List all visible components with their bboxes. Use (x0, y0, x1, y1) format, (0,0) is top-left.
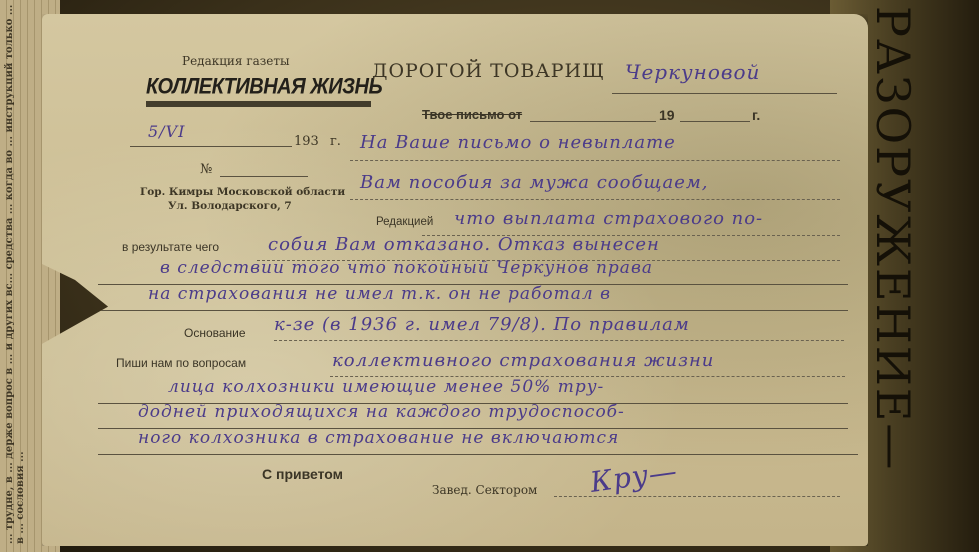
address-line-2: Ул. Володарского, 7 (168, 200, 292, 212)
handwritten-line-2: Вам пособия за мужа сообщаем, (360, 172, 709, 193)
handwritten-line-3: что выплата страхового по- (454, 208, 763, 229)
write-us-label: Пиши нам по вопросам (116, 356, 246, 370)
masthead-subtitle-bar (146, 101, 371, 107)
handwritten-line-7: к-зе (в 1936 г. имел 79/8). По правилам (274, 314, 690, 335)
your-letter-from-label: Твое письмо от (422, 107, 522, 122)
address-line-1: Гор. Кимры Московской области (140, 186, 345, 198)
newspaper-headline: РАЗОРУЖЕНИЕ— (868, 6, 918, 536)
basis-label: Основание (184, 326, 246, 340)
reply-form-card: Редакция газеты КОЛЛЕКТИВНАЯ ЖИЗНЬ ДОРОГ… (42, 14, 868, 546)
editorial-label: Редакция газеты (182, 54, 290, 68)
date-suffix: г. (330, 134, 341, 149)
handwritten-line-1: На Ваше письмо о невыплате (360, 132, 676, 153)
handwritten-line-6: на страхования не имел т.к. он не работа… (148, 284, 611, 304)
ruled-line-6 (98, 310, 848, 311)
year-suffix: г. (752, 107, 760, 123)
addressee-line (612, 93, 837, 94)
date-year-printed: 193 (294, 134, 319, 149)
closing-text: С приветом (262, 466, 343, 482)
year-line (680, 121, 750, 122)
number-label: № (200, 162, 212, 177)
signature: Кру— (588, 454, 680, 499)
addressee-handwritten[interactable]: Черкуновой (625, 60, 760, 84)
ruled-line-1 (350, 160, 840, 161)
handwritten-line-10: додней приходящихся на каждого трудоспос… (138, 402, 625, 422)
ruled-line-11 (98, 454, 858, 455)
handwritten-line-9: лица колхозники имеющие менее 50% тру- (168, 377, 604, 397)
head-of-sector-label: Завед. Сектором (432, 483, 537, 497)
handwritten-line-5: в следствии того что покойный Черкунов п… (160, 258, 653, 278)
date-line (130, 146, 292, 147)
handwritten-line-4: собия Вам отказано. Отказ вынесен (268, 234, 660, 255)
editorial-by-label: Редакцией (376, 216, 433, 228)
number-line (220, 176, 308, 177)
date-handwritten[interactable]: 5/VI (148, 122, 185, 141)
letter-date-line (530, 121, 656, 122)
ruled-line-2 (350, 199, 840, 200)
handwritten-line-11: ного колхозника в страхование не включаю… (138, 428, 619, 448)
handwritten-line-8: коллективного страхования жизни (332, 350, 714, 371)
year-prefix: 19 (659, 107, 675, 123)
ruled-line-7 (274, 340, 844, 341)
as-result-label: в результате чего (122, 240, 219, 254)
greeting-printed: ДОРОГОЙ ТОВАРИЩ (372, 60, 605, 82)
newspaper-masthead: КОЛЛЕКТИВНАЯ ЖИЗНЬ (146, 76, 376, 114)
newspaper-name: КОЛЛЕКТИВНАЯ ЖИЗНЬ (146, 75, 376, 100)
